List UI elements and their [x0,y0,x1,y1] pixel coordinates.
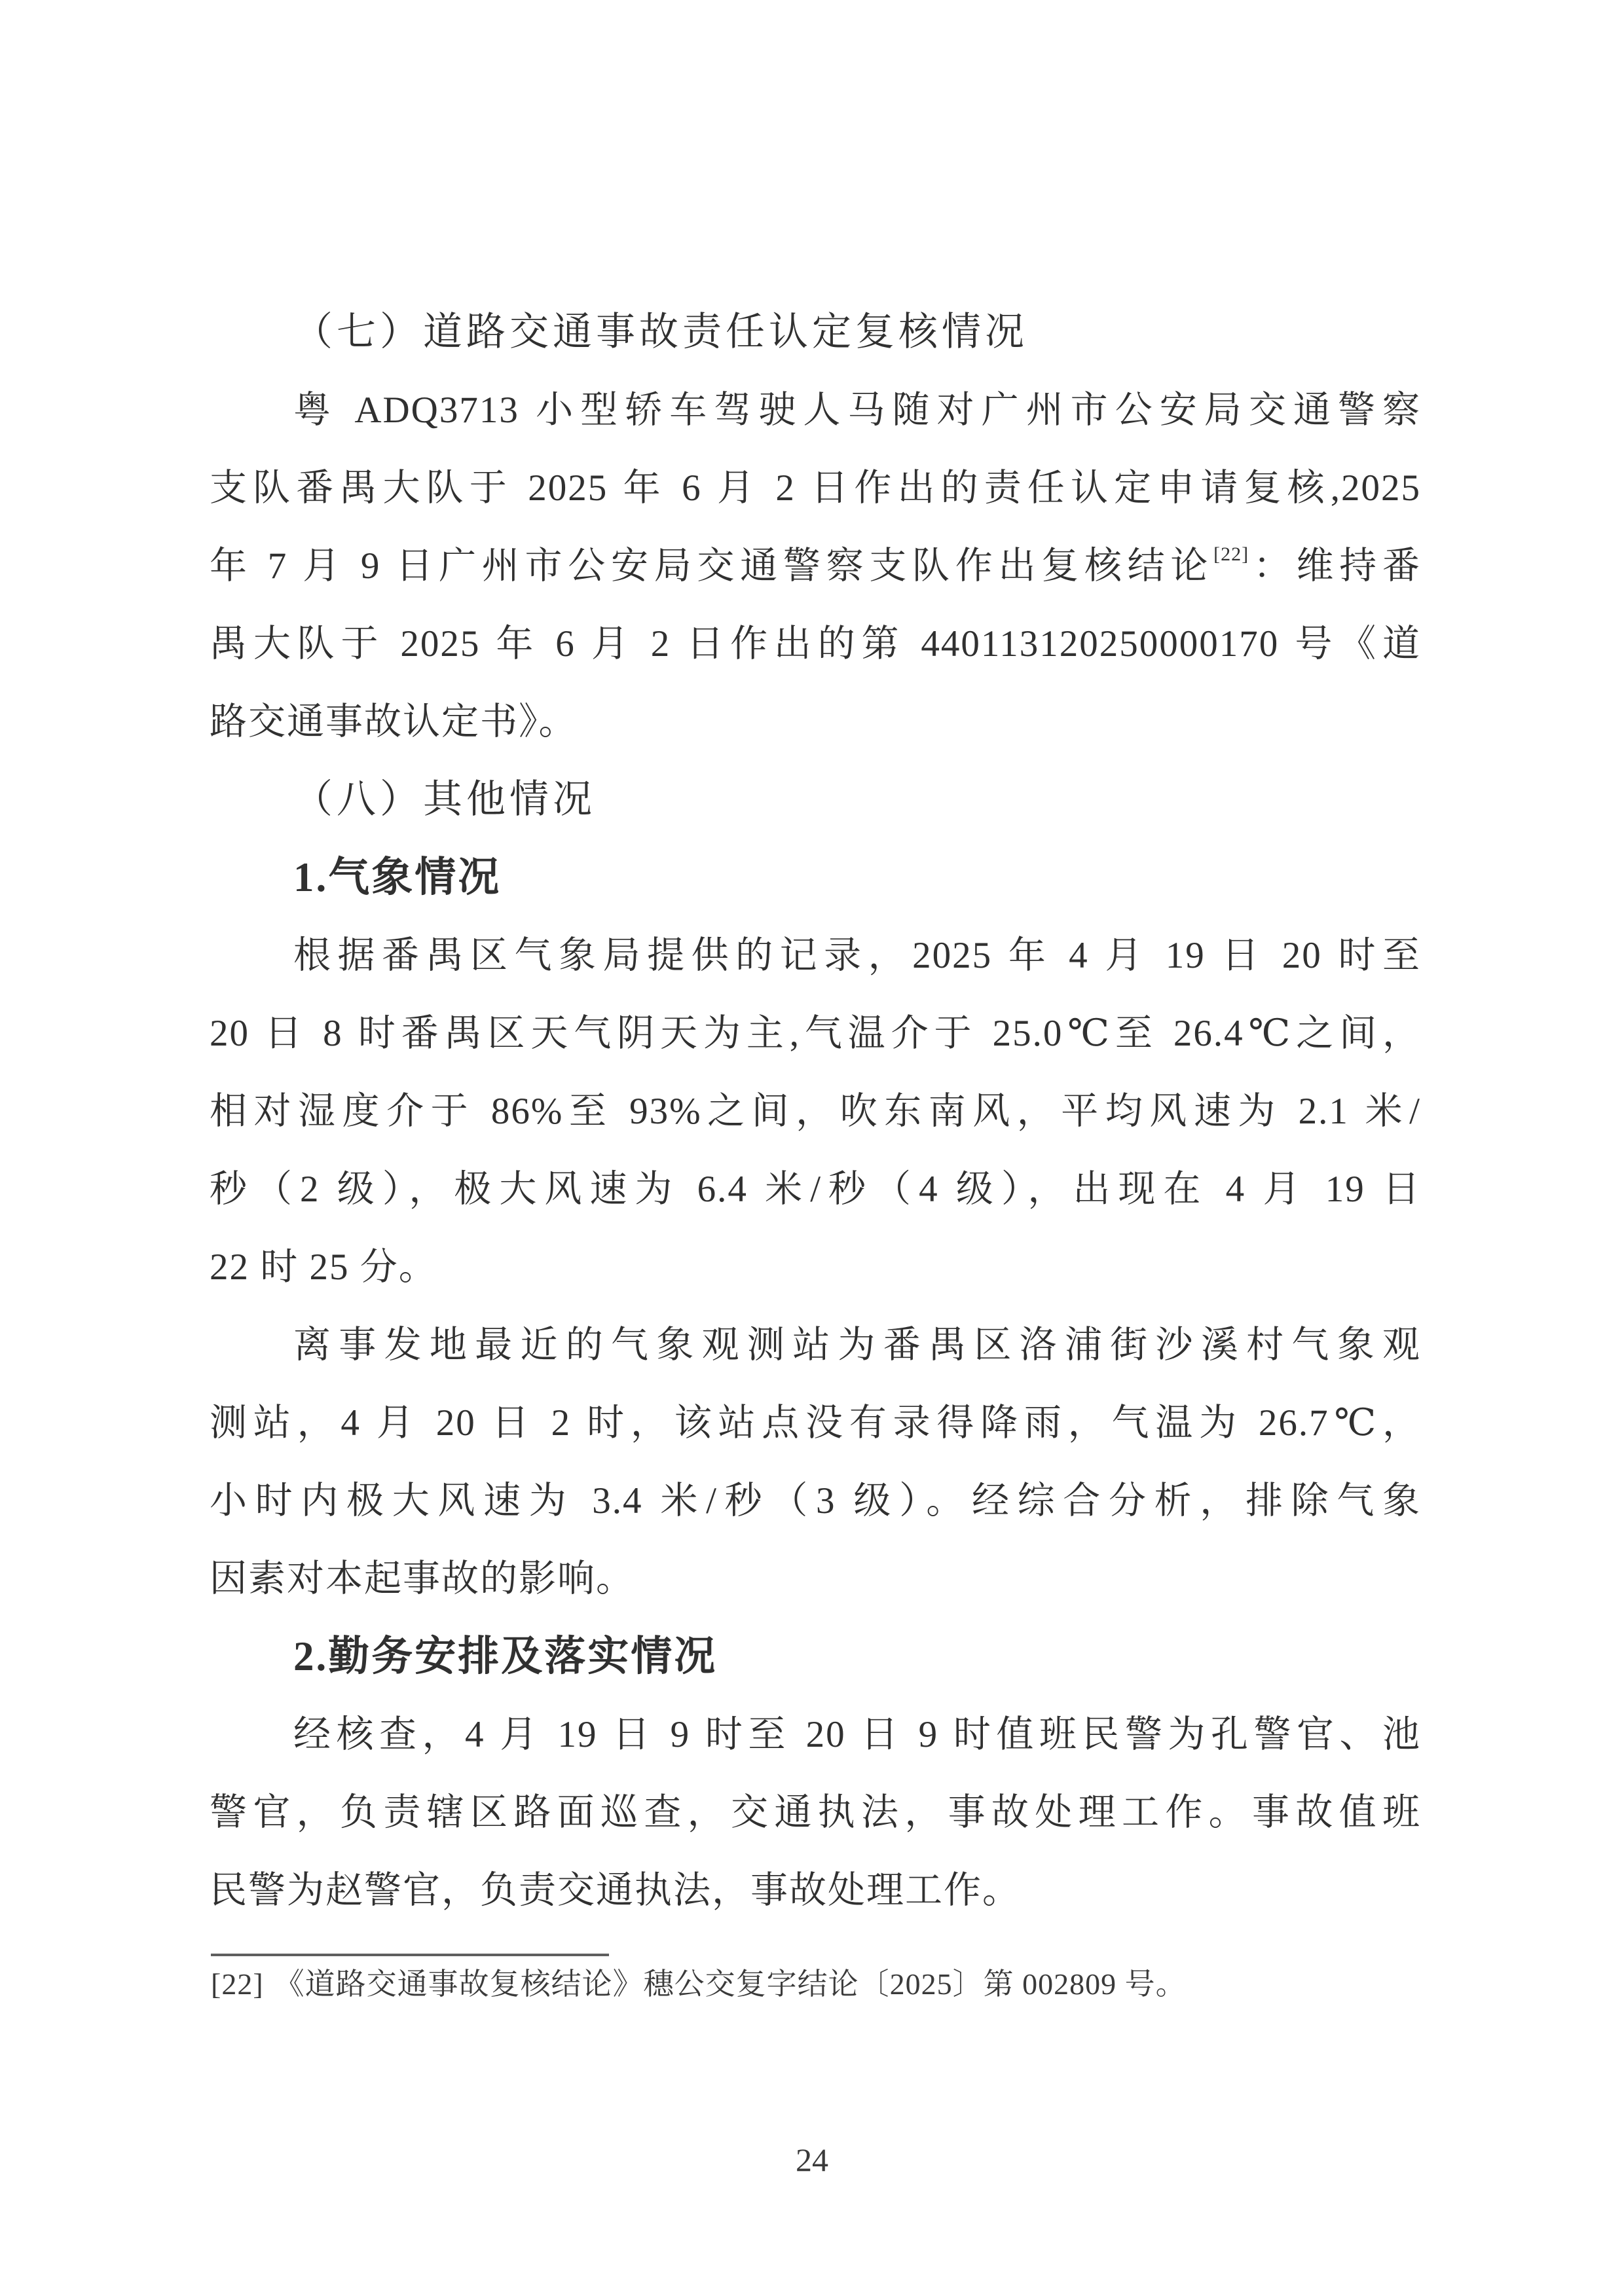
page-number: 24 [0,2140,1624,2180]
text-segment: 民警为赵警官，负责交通执法，事故处理工作。 [210,1870,1021,1911]
footnote-text: 《道路交通事故复核结论》穗公交复字结论〔2025〕第 002809 号。 [274,1967,1187,2001]
text-segment: 小时内极大风速为 3.4 米/秒（3 级）。经综合分析，排除气象 [210,1480,1421,1522]
text-segment: （七）道路交通事故责任认定复核情况 [293,310,1028,354]
heading-section-8: （八）其他情况 [210,761,1421,839]
text-segment: 20 日 8 时番禺区天气阴天为主,气温介于 25.0℃至 26.4℃之间， [210,1013,1421,1054]
heading-duty: 2.勤务安排及落实情况 [210,1618,1421,1696]
para-review-line-1: 粤 ADQ3713 小型轿车驾驶人马随对广州市公安局交通警察 [210,371,1421,449]
para-weather-line-4: 秒（2 级），极大风速为 6.4 米/秒（4 级），出现在 4 月 19 日 [210,1150,1421,1228]
text-segment: 22 时 25 分。 [210,1247,437,1288]
heading-weather: 1.气象情况 [210,839,1421,917]
text-segment: 根据番禺区气象局提供的记录，2025 年 4 月 19 日 20 时至 [293,935,1421,976]
para-review-line-4: 禺大队于 2025 年 6 月 2 日作出的第 4401131202500001… [210,605,1421,683]
footnote: [22]《道路交通事故复核结论》穗公交复字结论〔2025〕第 002809 号。 [211,1965,1422,2003]
footnote-marker: [22] [211,1967,264,2001]
para-duty-line-3: 民警为赵警官，负责交通执法，事故处理工作。 [210,1851,1421,1929]
para-duty-line-1: 经核查，4 月 19 日 9 时至 20 日 9 时值班民警为孔警官、池 [210,1696,1421,1774]
text-segment: 支队番禺大队于 2025 年 6 月 2 日作出的责任认定申请复核,2025 [210,467,1421,509]
para-weather-line-5: 22 时 25 分。 [210,1228,1421,1306]
para-station-line-4: 因素对本起事故的影响。 [210,1540,1421,1618]
text-segment: 相对湿度介于 86%至 93%之间，吹东南风，平均风速为 2.1 米/ [210,1091,1421,1132]
para-weather-line-3: 相对湿度介于 86%至 93%之间，吹东南风，平均风速为 2.1 米/ [210,1072,1421,1150]
text-segment: 离事发地最近的气象观测站为番禺区洛浦街沙溪村气象观 [293,1324,1421,1366]
para-station-line-1: 离事发地最近的气象观测站为番禺区洛浦街沙溪村气象观 [210,1306,1421,1384]
text-segment: 因素对本起事故的影响。 [210,1558,635,1599]
para-weather-line-2: 20 日 8 时番禺区天气阴天为主,气温介于 25.0℃至 26.4℃之间， [210,994,1421,1072]
para-station-line-3: 小时内极大风速为 3.4 米/秒（3 级）。经综合分析，排除气象 [210,1462,1421,1540]
para-review-line-3: 年 7 月 9 日广州市公安局交通警察支队作出复核结论[22]：维持番 [210,527,1421,605]
footnote-ref-superscript: [22] [1213,543,1249,565]
text-segment: 1.气象情况 [293,854,501,900]
heading-section-7: （七）道路交通事故责任认定复核情况 [210,293,1421,371]
text-segment: 经核查，4 月 19 日 9 时至 20 日 9 时值班民警为孔警官、池 [293,1714,1421,1755]
document-page: （七）道路交通事故责任认定复核情况粤 ADQ3713 小型轿车驾驶人马随对广州市… [0,0,1624,2296]
text-segment: 禺大队于 2025 年 6 月 2 日作出的第 4401131202500001… [210,623,1421,665]
text-segment: 年 7 月 9 日广州市公安局交通警察支队作出复核结论 [210,545,1213,587]
para-review-line-5: 路交通事故认定书》。 [210,683,1421,761]
text-segment: 秒（2 级），极大风速为 6.4 米/秒（4 级），出现在 4 月 19 日 [210,1169,1421,1210]
para-station-line-2: 测站，4 月 20 日 2 时，该站点没有录得降雨，气温为 26.7℃， [210,1384,1421,1462]
footnote-separator-line [211,1954,609,1956]
text-segment: 粤 ADQ3713 小型轿车驾驶人马随对广州市公安局交通警察 [293,390,1421,431]
text-segment: 2.勤务安排及落实情况 [293,1633,717,1679]
text-segment: 路交通事故认定书》。 [210,701,578,742]
para-duty-line-2: 警官，负责辖区路面巡查，交通执法，事故处理工作。事故值班 [210,1774,1421,1851]
text-segment: ：维持番 [1249,545,1421,587]
text-segment: （八）其他情况 [293,778,596,821]
para-review-line-2: 支队番禺大队于 2025 年 6 月 2 日作出的责任认定申请复核,2025 [210,449,1421,527]
para-weather-line-1: 根据番禺区气象局提供的记录，2025 年 4 月 19 日 20 时至 [210,917,1421,994]
text-segment: 测站，4 月 20 日 2 时，该站点没有录得降雨，气温为 26.7℃， [210,1402,1421,1444]
text-segment: 警官，负责辖区路面巡查，交通执法，事故处理工作。事故值班 [210,1792,1421,1833]
document-body: （七）道路交通事故责任认定复核情况粤 ADQ3713 小型轿车驾驶人马随对广州市… [210,293,1421,1929]
